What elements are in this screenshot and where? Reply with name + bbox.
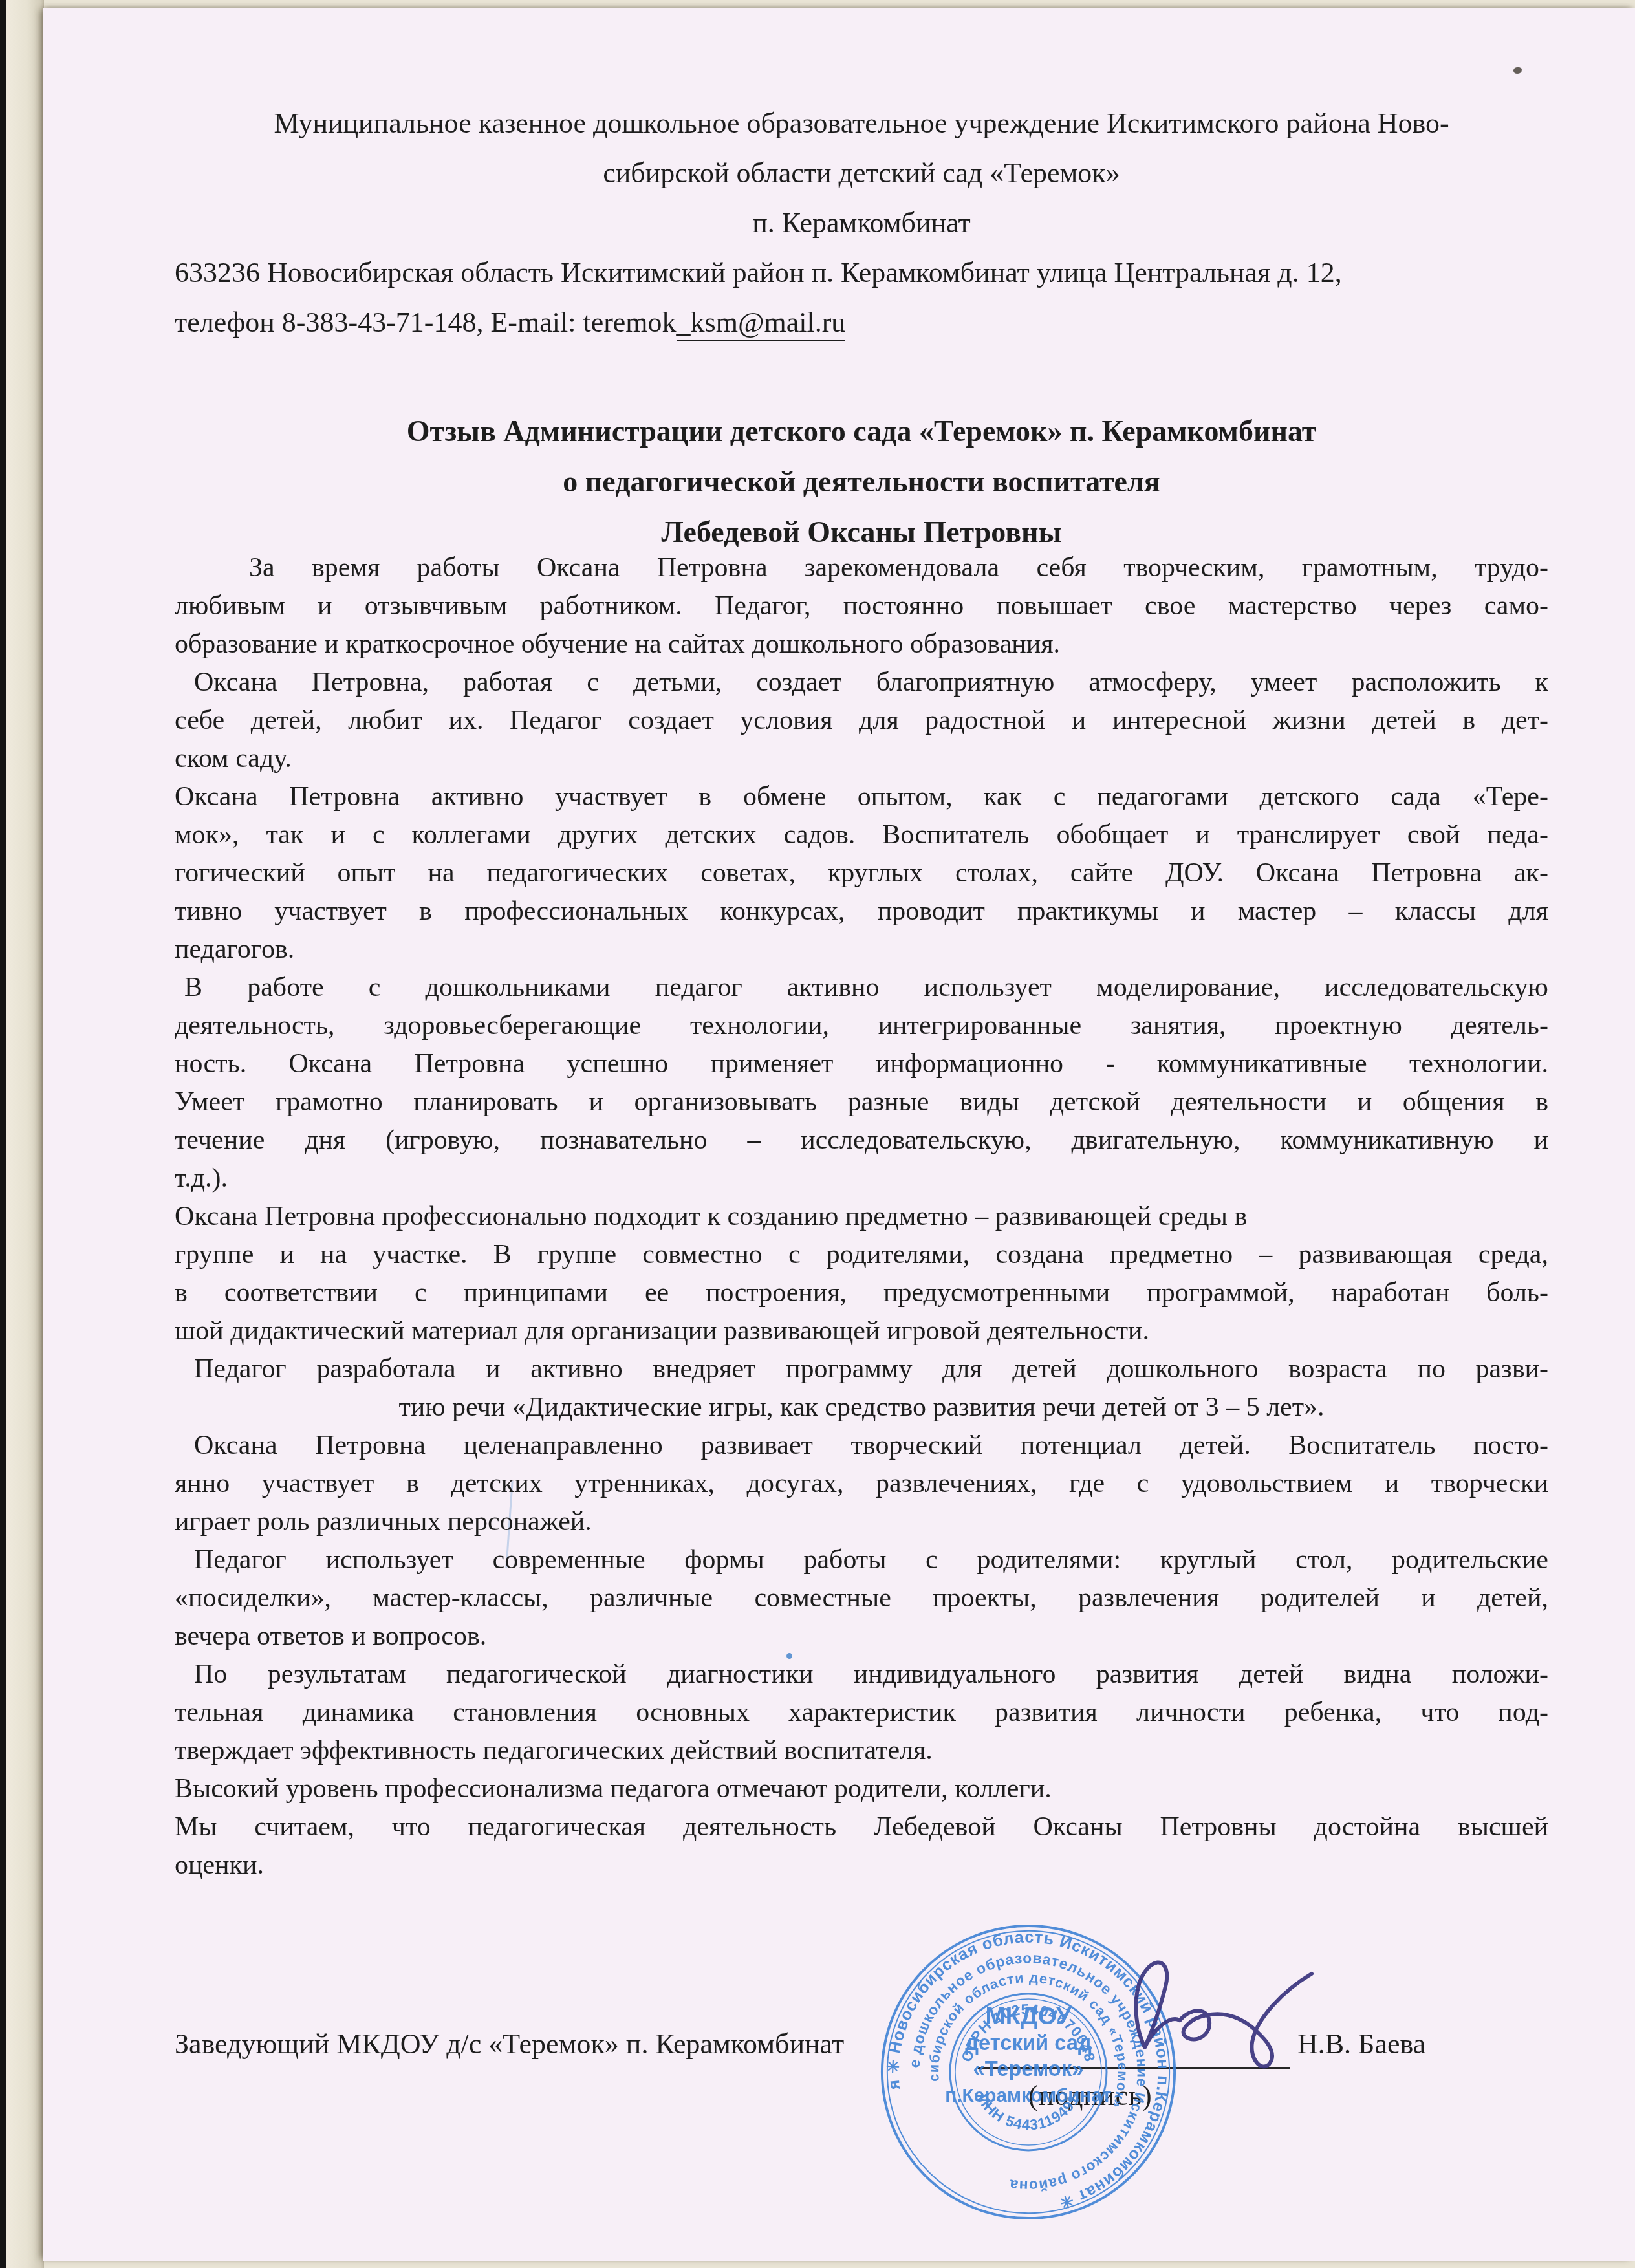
body-line-15: Умеет грамотно планировать и организовыв… <box>175 1083 1548 1121</box>
scan-edge-black <box>0 0 6 2268</box>
stamp-center-line: п.Керамкомбинат <box>945 2085 1111 2106</box>
body-line-32: тверждает эффективность педагогических д… <box>175 1732 1548 1770</box>
org-name-line: сибирской области детский сад «Теремок» <box>175 148 1548 198</box>
body-line-5: себе детей, любит их. Педагог создает ус… <box>175 702 1548 740</box>
stamp-center-line: МКДОУ <box>985 2002 1072 2029</box>
body-line-14: ность. Оксана Петровна успешно применяет… <box>175 1045 1548 1083</box>
body-line-28: «посиделки», мастер-классы, различные со… <box>175 1579 1548 1617</box>
body-line-10: тивно участвует в профессиональных конку… <box>175 892 1548 931</box>
body-text: За время работы Оксана Петровна зарекоме… <box>175 549 1548 1885</box>
body-line-31: тельная динамика становления основных ха… <box>175 1694 1548 1732</box>
org-contact-line: телефон 8-383-43-71-148, E-mail: teremok… <box>175 297 1548 347</box>
body-line-13: деятельность, здоровьесберегающие технол… <box>175 1007 1548 1045</box>
body-line-12: В работе с дошкольниками педагог активно… <box>175 969 1548 1007</box>
body-line-24: Оксана Петровна целенаправленно развивае… <box>175 1427 1548 1465</box>
email-address: _ksm@mail.ru <box>677 307 846 341</box>
body-line-8: мок», так и с коллегами других детских с… <box>175 816 1548 854</box>
body-line-21: шой дидактический материал для организац… <box>175 1312 1548 1350</box>
body-line-29: вечера ответов и вопросов. <box>175 1617 1548 1656</box>
body-line-19: группе и на участке. В группе совместно … <box>175 1236 1548 1274</box>
org-settlement-line: п. Керамкомбинат <box>175 198 1548 248</box>
stamp-center-line: «Теремок» <box>973 2057 1084 2080</box>
body-line-4: Оксана Петровна, работая с детьми, созда… <box>175 664 1548 702</box>
body-line-2: любивым и отзывчивым работником. Педагог… <box>175 587 1548 625</box>
body-line-18: Оксана Петровна профессионально подходит… <box>175 1198 1548 1236</box>
body-line-30: По результатам педагогической диагностик… <box>175 1656 1548 1694</box>
scanned-document-page: Муниципальное казенное дошкольное образо… <box>0 0 1635 2268</box>
org-address-line: 633236 Новосибирская область Искитимский… <box>175 248 1548 297</box>
body-line-9: гогический опыт на педагогических совета… <box>175 854 1548 892</box>
body-line-25: янно участвует в детских утренниках, дос… <box>175 1465 1548 1503</box>
body-line-26: играет роль различных персонажей. <box>175 1503 1548 1541</box>
body-line-22: Педагог разработала и активно внедряет п… <box>175 1350 1548 1388</box>
header-block: Муниципальное казенное дошкольное образо… <box>175 98 1548 347</box>
title-line: о педагогической деятельности воспитател… <box>175 457 1548 507</box>
body-line-6: ском саду. <box>175 740 1548 778</box>
scanner-bed-margin <box>6 0 44 2268</box>
body-line-34: Мы считаем, что педагогическая деятельно… <box>175 1808 1548 1846</box>
body-line-23: тию речи «Дидактические игры, как средст… <box>175 1388 1548 1427</box>
body-line-27: Педагог использует современные формы раб… <box>175 1541 1548 1579</box>
phone-email-text: телефон 8-383-43-71-148, E-mail: teremok <box>175 307 677 338</box>
body-line-11: педагогов. <box>175 931 1548 969</box>
body-line-1: За время работы Оксана Петровна зарекоме… <box>175 549 1548 587</box>
document-title: Отзыв Администрации детского сада «Терем… <box>175 406 1548 557</box>
signature-scribble <box>1094 1945 1340 2081</box>
signature-stroke <box>1180 1974 1312 2067</box>
body-line-16: течение дня (игровую, познавательно – ис… <box>175 1121 1548 1160</box>
signature-role-label: Заведующий МКДОУ д/с «Теремок» п. Керамк… <box>175 2027 844 2062</box>
body-line-33: Высокий уровень профессионализма педагог… <box>175 1770 1548 1808</box>
org-name-line: Муниципальное казенное дошкольное образо… <box>175 98 1548 148</box>
body-line-17: т.д.). <box>175 1160 1548 1198</box>
body-line-3: образование и краткосрочное обучение на … <box>175 625 1548 664</box>
body-line-35: оценки. <box>175 1846 1548 1885</box>
stamp-center-line: детский сад <box>965 2031 1092 2055</box>
body-line-7: Оксана Петровна активно участвует в обме… <box>175 778 1548 816</box>
signature-stroke <box>1136 1962 1180 2047</box>
body-line-20: в соответствии с принципами ее построени… <box>175 1274 1548 1312</box>
title-line: Отзыв Администрации детского сада «Терем… <box>175 406 1548 457</box>
